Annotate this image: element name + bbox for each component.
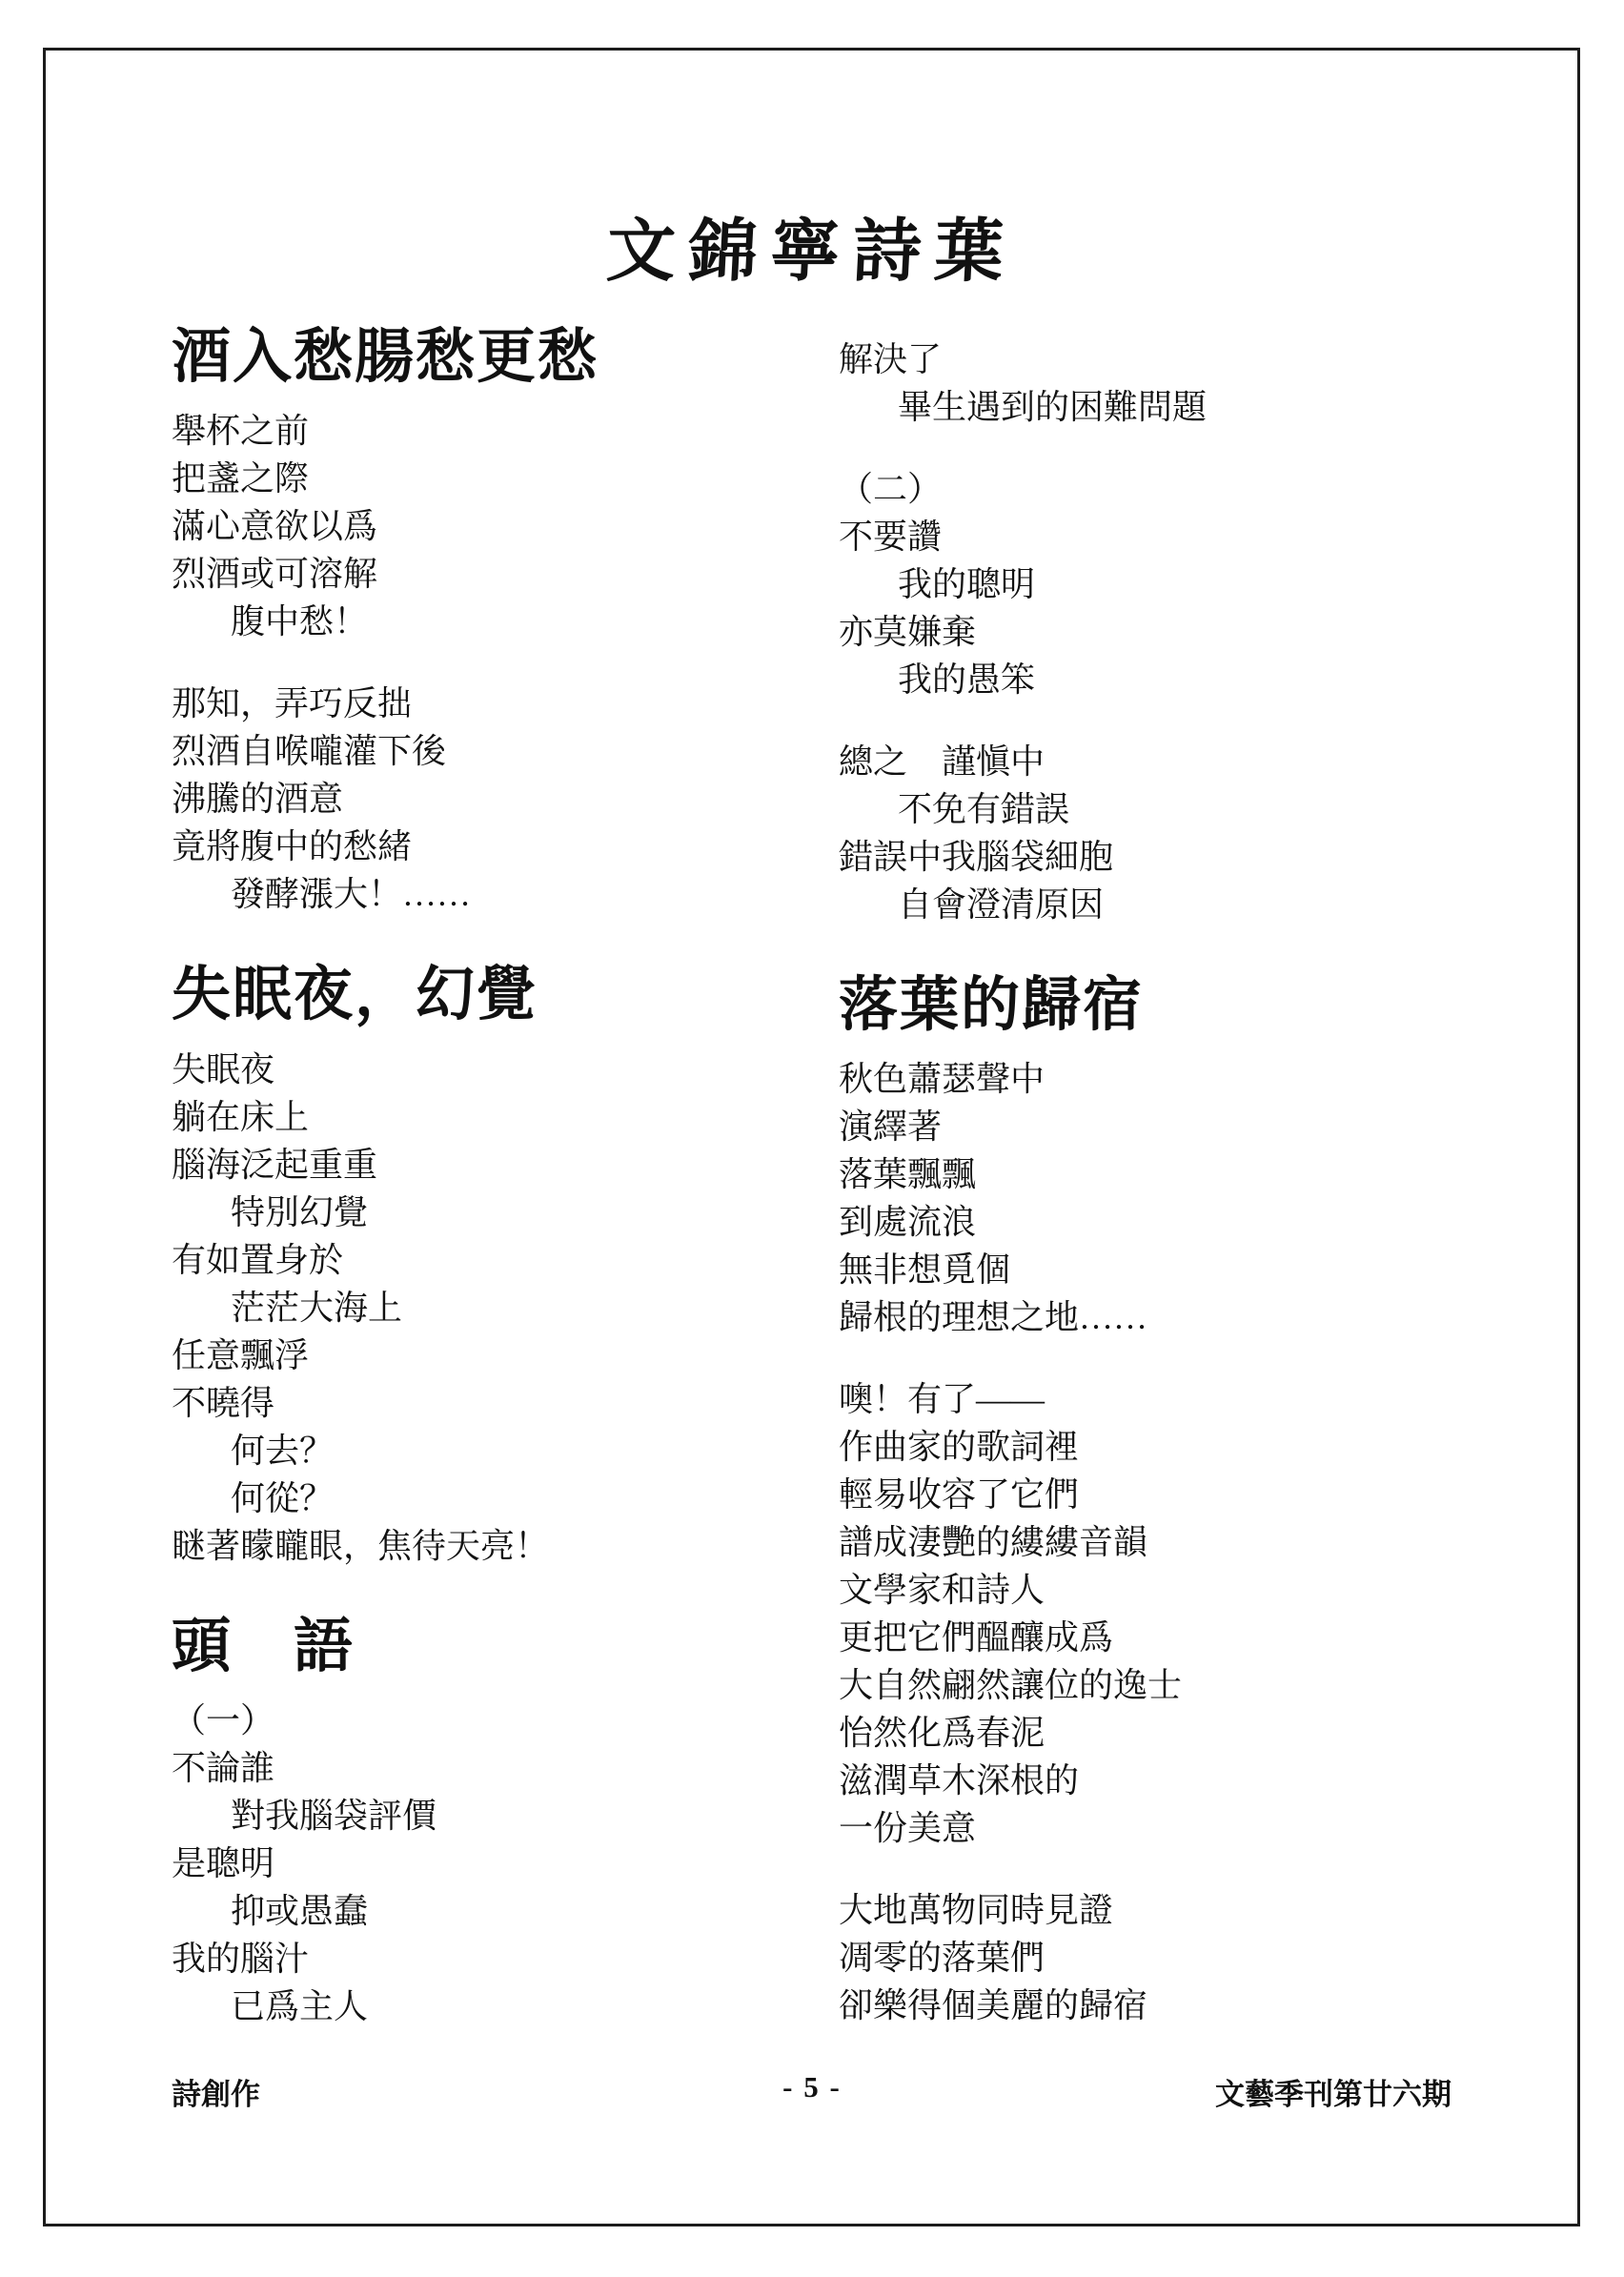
poem-line: 舉杯之前 [172, 407, 705, 455]
poem-line: 文學家和詩人 [839, 1566, 1430, 1614]
poem-line: 怡然化爲春泥 [839, 1709, 1430, 1757]
poetry-page: 文錦寧詩葉 酒入愁腸愁更愁舉杯之前把盞之際滿心意欲以爲烈酒或可溶解腹中愁！那知，… [0, 0, 1624, 2277]
poem-line: 我的聰明 [839, 560, 1430, 608]
poem-line: 輕易收容了它們 [839, 1471, 1430, 1518]
poem-line: 不要讚 [839, 513, 1430, 560]
poem-line: 茫茫大海上 [172, 1284, 705, 1332]
poem-line: 到處流浪 [839, 1198, 1430, 1246]
poem-line: 腦海泛起重重 [172, 1141, 705, 1189]
poem-line: 畢生遇到的困難問題 [839, 383, 1430, 431]
poem-line: 失眠夜 [172, 1046, 705, 1093]
poem-line: 歸根的理想之地…… [839, 1293, 1430, 1341]
poem-line: 躺在床上 [172, 1093, 705, 1141]
poem-line: 總之 謹愼中 [839, 738, 1430, 785]
poem-line: 特別幻覺 [172, 1189, 705, 1236]
poem-line: 是聰明 [172, 1840, 705, 1887]
poem-line: 沸騰的酒意 [172, 775, 705, 823]
left-column: 酒入愁腸愁更愁舉杯之前把盞之際滿心意欲以爲烈酒或可溶解腹中愁！那知，弄巧反拙烈酒… [172, 324, 705, 2030]
poem-line: 亦莫嫌棄 [839, 608, 1430, 656]
poem-line: （二） [839, 465, 1430, 513]
page-footer: 詩創作 - 5 - 文藝季刊第廿六期 [0, 2070, 1624, 2112]
poem-line: 滋潤草木深根的 [839, 1757, 1430, 1804]
poem-line: 腹中愁！ [172, 598, 705, 645]
stanza-gap [172, 645, 705, 680]
right-column: 解決了畢生遇到的困難問題（二）不要讚我的聰明亦莫嫌棄我的愚笨總之 謹愼中不免有錯… [839, 335, 1430, 2029]
poem-line: 卻樂得個美麗的歸宿 [839, 1982, 1430, 2029]
poem-title: 酒入愁腸愁更愁 [172, 324, 705, 392]
poem-line: 對我腦袋評價 [172, 1792, 705, 1840]
poem-line: 解決了 [839, 335, 1430, 383]
poem-line: 滿心意欲以爲 [172, 502, 705, 550]
poem-title: 頭 語 [172, 1614, 705, 1681]
poem-line: 烈酒自喉嚨灌下後 [172, 727, 705, 775]
poem-line: 何去？ [172, 1427, 705, 1474]
poem-line: 秋色蕭瑟聲中 [839, 1055, 1430, 1103]
stanza-gap [839, 431, 1430, 465]
poem-line: 竟將腹中的愁緒 [172, 823, 705, 870]
poem-line: 把盞之際 [172, 455, 705, 502]
poem-line: 我的腦汁 [172, 1935, 705, 1982]
poem-title: 落葉的歸宿 [839, 972, 1430, 1040]
poem-line: 凋零的落葉們 [839, 1934, 1430, 1982]
poem-line: 何從？ [172, 1474, 705, 1522]
footer-issue-label: 文藝季刊第廿六期 [1215, 2070, 1451, 2113]
poem-line: 一份美意 [839, 1804, 1430, 1852]
poem-line: 演繹著 [839, 1103, 1430, 1150]
poem-line: 抑或愚蠢 [172, 1887, 705, 1935]
poem-line: 無非想覓個 [839, 1246, 1430, 1293]
poem-line: （一） [172, 1697, 705, 1744]
poem-line: 大自然翩然讓位的逸士 [839, 1661, 1430, 1709]
poem-line: 有如置身於 [172, 1236, 705, 1284]
poem-title: 失眠夜，幻覺 [172, 962, 705, 1029]
poem-line: 任意飄浮 [172, 1332, 705, 1379]
poem-line: 作曲家的歌詞裡 [839, 1423, 1430, 1471]
page-title: 文錦寧詩葉 [0, 195, 1624, 295]
poem-line: 大地萬物同時見證 [839, 1886, 1430, 1934]
poem-line: 錯誤中我腦袋細胞 [839, 833, 1430, 881]
poem-line: 發酵漲大！…… [172, 870, 705, 918]
poem-line: 不免有錯誤 [839, 785, 1430, 833]
poem-line: 那知，弄巧反拙 [172, 680, 705, 727]
stanza-gap [839, 703, 1430, 738]
poem-line: 更把它們醞釀成爲 [839, 1614, 1430, 1661]
stanza-gap [839, 1852, 1430, 1886]
poem-line: 不論誰 [172, 1744, 705, 1792]
poem-line: 烈酒或可溶解 [172, 550, 705, 598]
poem-line: 瞇著矇矓眼，焦待天亮！ [172, 1522, 705, 1570]
stanza-gap [839, 1341, 1430, 1375]
poem-line: 不曉得 [172, 1379, 705, 1427]
poem-line: 已爲主人 [172, 1982, 705, 2030]
poem-line: 我的愚笨 [839, 656, 1430, 703]
poem-line: 自會澄清原因 [839, 881, 1430, 928]
poem-line: 噢！有了—— [839, 1375, 1430, 1423]
poem-line: 落葉飄飄 [839, 1150, 1430, 1198]
poem-line: 譜成淒艷的縷縷音韻 [839, 1518, 1430, 1566]
